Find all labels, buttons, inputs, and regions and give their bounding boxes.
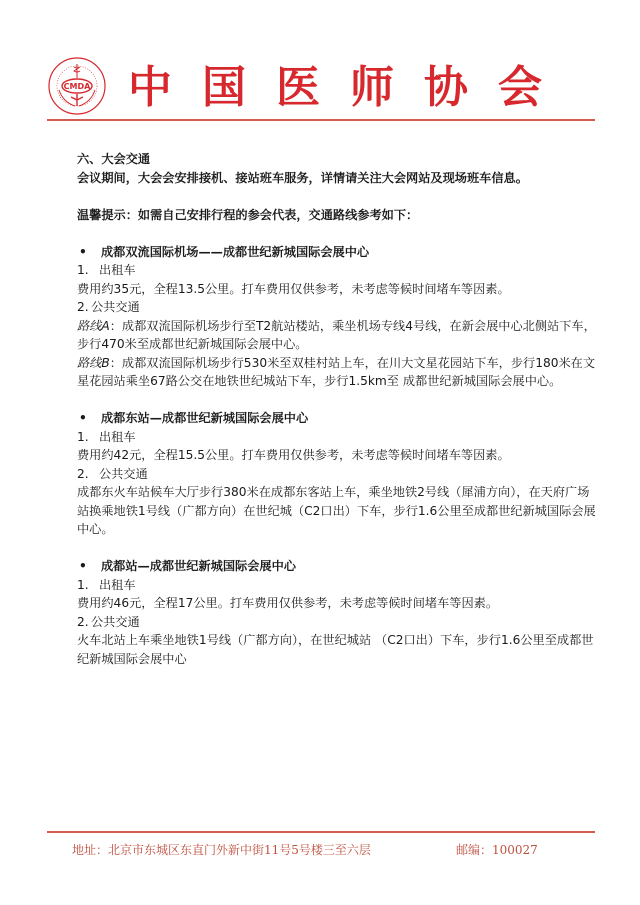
transit-item: 2. 公共交通 xyxy=(77,465,597,484)
bullet-icon: • xyxy=(77,409,101,428)
footer-address: 地址：北京市东城区东直门外新中街11号5号楼三至六层 xyxy=(72,843,371,857)
route-line-b-cont: 星花园站乘坐67路公交在地铁世纪城站下车，步行1.5km至 成都世纪新城国际会展… xyxy=(77,372,597,391)
taxi-item: 1. 出租车 xyxy=(77,576,597,595)
bullet-icon: • xyxy=(77,243,101,262)
header-divider xyxy=(47,119,595,121)
route-line-b: 路线B：成都双流国际机场步行530米至双桂村站上车，在川大文星花园站下车，步行1… xyxy=(77,354,597,373)
transit-detail-line: 纪新城国际会展中心 xyxy=(77,650,597,669)
cmda-logo-icon: CMDA xyxy=(47,56,107,116)
taxi-item: 1. 出租车 xyxy=(77,261,597,280)
transit-detail-line: 成都东火车站候车大厅步行380米在成都东客站上车，乘坐地铁2号线（犀浦方向），在… xyxy=(77,483,597,502)
organization-title: 中国医师协会 xyxy=(128,62,572,114)
route-line-a-cont: 步行470米至成都世纪新城国际会展中心。 xyxy=(77,335,597,354)
transit-label: 公共交通 xyxy=(91,613,140,632)
route-title: 成都东站—成都世纪新城国际会展中心 xyxy=(101,409,308,428)
taxi-item: 1. 出租车 xyxy=(77,428,597,447)
taxi-label: 出租车 xyxy=(99,576,136,595)
transit-item: 2. 公共交通 xyxy=(77,613,597,632)
transit-item: 2. 公共交通 xyxy=(77,298,597,317)
route-heading: • 成都东站—成都世纪新城国际会展中心 xyxy=(77,409,597,428)
taxi-label: 出租车 xyxy=(99,261,136,280)
taxi-detail: 费用约42元，全程15.5公里。打车费用仅供参考，未考虑等候时间堵车等因素。 xyxy=(77,446,597,465)
section-intro: 会议期间，大会会安排接机、接站班车服务，详情请关注大会网站及现场班车信息。 xyxy=(77,169,597,188)
letterhead: CMDA 中国医师协会 xyxy=(0,0,640,130)
route-heading: • 成都双流国际机场——成都世纪新城国际会展中心 xyxy=(77,243,597,262)
route-chengdu-station: • 成都站—成都世纪新城国际会展中心 1. 出租车 费用约46元，全程17公里。… xyxy=(77,557,597,668)
route-east-station: • 成都东站—成都世纪新城国际会展中心 1. 出租车 费用约42元，全程15.5… xyxy=(77,409,597,539)
letterhead-footer: 地址：北京市东城区东直门外新中街11号5号楼三至六层 邮编：100027 xyxy=(72,840,592,860)
footer-postcode: 邮编：100027 xyxy=(456,840,538,860)
footer-divider xyxy=(47,831,595,833)
transit-detail-line: 火车北站上车乘坐地铁1号线（广都方向），在世纪城站 （C2口出）下车，步行1.6… xyxy=(77,631,597,650)
transit-detail-line: 中心。 xyxy=(77,520,597,539)
route-airport: • 成都双流国际机场——成都世纪新城国际会展中心 1. 出租车 费用约35元，全… xyxy=(77,243,597,391)
taxi-detail: 费用约35元，全程13.5公里。打车费用仅供参考，未考虑等候时间堵车等因素。 xyxy=(77,280,597,299)
transit-label: 公共交通 xyxy=(99,465,148,484)
transit-label: 公共交通 xyxy=(91,298,140,317)
document-body: 六、大会交通 会议期间，大会会安排接机、接站班车服务，详情请关注大会网站及现场班… xyxy=(77,150,597,668)
route-title: 成都站—成都世纪新城国际会展中心 xyxy=(101,557,296,576)
svg-text:CMDA: CMDA xyxy=(64,82,91,91)
taxi-detail: 费用约46元，全程17公里。打车费用仅供参考，未考虑等候时间堵车等因素。 xyxy=(77,594,597,613)
taxi-label: 出租车 xyxy=(99,428,136,447)
route-title: 成都双流国际机场——成都世纪新城国际会展中心 xyxy=(101,243,369,262)
travel-tip: 温馨提示：如需自己安排行程的参会代表，交通路线参考如下： xyxy=(77,206,597,225)
section-heading: 六、大会交通 xyxy=(77,150,597,169)
transit-detail-line: 站换乘地铁1号线（广都方向）在世纪城（C2口出）下车，步行1.6公里至成都世纪新… xyxy=(77,502,597,521)
route-heading: • 成都站—成都世纪新城国际会展中心 xyxy=(77,557,597,576)
bullet-icon: • xyxy=(77,557,101,576)
route-line-a: 路线A：成都双流国际机场步行至T2航站楼站，乘坐机场专线4号线，在新会展中心北侧… xyxy=(77,317,597,336)
